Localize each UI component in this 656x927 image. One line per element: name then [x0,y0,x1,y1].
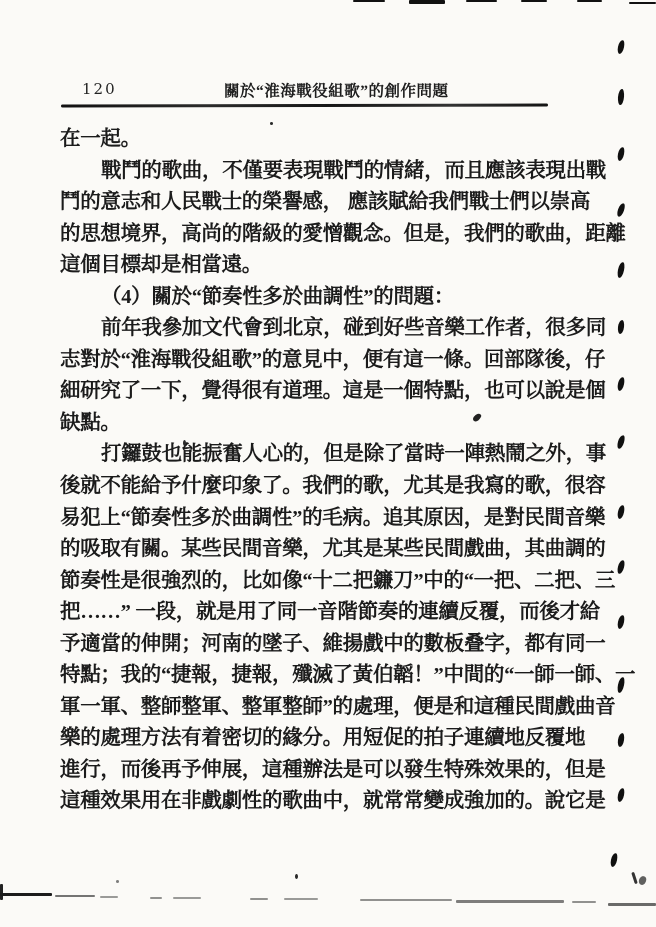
stitch-mark [617,377,626,392]
scan-edge-mark [572,901,596,903]
text-line: 特點；我的“捷報，捷報，殲滅了黃伯韜！”中間的“一師一師、一 [60,660,600,692]
stitch-mark [616,434,626,449]
stitch-mark [617,733,625,748]
body-text: 在一起。 戰鬥的歌曲，不僅要表現戰鬥的情緒，而且應該表現出戰 鬥的意志和人民戰士… [60,124,600,818]
text-line: 打鑼鼓也能振奮人心的，但是除了當時一陣熱鬧之外，事 [60,439,600,471]
stitch-mark [616,202,626,217]
scan-dash [521,0,547,2]
scan-edge-mark [360,899,452,901]
scan-edge-mark [284,898,318,900]
stitch-mark [617,320,624,335]
scan-edge-mark [55,895,95,897]
text-line: 樂的處理方法有着密切的緣分。用短促的拍子連續地反覆地 [60,723,600,755]
stitch-mark [610,853,619,868]
stitch-mark [617,615,626,630]
stitch-mark [617,89,624,105]
running-title: 關於“淮海戰役組歌”的創作問題 [224,79,449,101]
text-line: 細研究了一下，覺得很有道理。這是一個特點，也可以說是個 [60,376,600,408]
text-line: 進行，而後再予伸展，這種辦法是可以發生特殊效果的，但是 [60,755,600,787]
stitch-mark [617,505,626,520]
text-line: 戰鬥的歌曲，不僅要表現戰鬥的情緒，而且應該表現出戰 [60,156,600,188]
stitch-mark [616,559,625,574]
scan-dash [629,2,656,4]
ink-speck [116,880,119,883]
ink-speck [183,440,186,446]
text-line: 的吸取有關。某些民間音樂，尤其是某些民間戲曲，其曲調的 [60,534,600,566]
ink-speck [270,122,273,125]
text-line: 在一起。 [60,124,600,156]
page-number: 120 [82,80,117,98]
stitch-mark [617,262,626,279]
stitch-mark [617,147,626,162]
scan-edge-mark [173,897,201,899]
scan-dash [353,0,385,2]
header-rule [61,103,548,107]
text-line: 這種效果用在非戲劇性的歌曲中，就常常變成強加的。說它是 [60,786,600,818]
scan-edge-mark [100,896,118,898]
ink-smudge [631,872,638,884]
stitch-mark [617,788,626,803]
text-line: 缺點。 [60,408,600,440]
text-line: 易犯上“節奏性多於曲調性”的毛病。追其原因，是對民間音樂 [60,503,600,535]
text-line: 前年我參加文代會到北京，碰到好些音樂工作者，很多同 [60,313,600,345]
text-line: 節奏性是很強烈的，比如像“十二把鐮刀”中的“一把、二把、三 [60,566,600,598]
text-line: 這個目標却是相當遠。 [60,250,600,282]
text-line: 後就不能給予什麼印象了。我們的歌，尤其是我寫的歌，很容 [60,471,600,503]
scan-edge-mark [0,893,52,896]
scan-dash [466,0,497,2]
scan-edge-mark [0,884,3,900]
scan-dash [409,0,445,4]
text-line: 把……” 一段，就是用了同一音階節奏的連續反覆，而後才給 [60,597,600,629]
scanned-book-page: 120 關於“淮海戰役組歌”的創作問題 在一起。 戰鬥的歌曲，不僅要表現戰鬥的情… [0,0,656,927]
ink-speck [295,874,298,879]
text-line: 軍一軍、整師整軍、整軍整師”的處理，便是和這種民間戲曲音 [60,692,600,724]
text-line: 的思想境界，高尚的階級的愛憎觀念。但是，我們的歌曲，距離 [60,219,600,251]
scan-edge-mark [150,897,162,899]
scan-edge-mark [250,898,268,900]
text-line: 鬥的意志和人民戰士的榮譽感， 應該賦給我們戰士們以崇高 [60,187,600,219]
ink-smudge [638,875,648,886]
text-line: 予適當的伸開；河南的墜子、維揚戲中的數板叠字，都有同一 [60,629,600,661]
text-line: （4）關於“節奏性多於曲調性”的問題： [60,282,600,314]
scan-dash [577,0,602,2]
scan-edge-mark [456,900,564,903]
text-line: 志對於“淮海戰役組歌”的意見中，便有這一條。回部隊後，仔 [60,345,600,377]
scan-edge-mark [608,903,656,906]
stitch-mark [617,40,626,55]
